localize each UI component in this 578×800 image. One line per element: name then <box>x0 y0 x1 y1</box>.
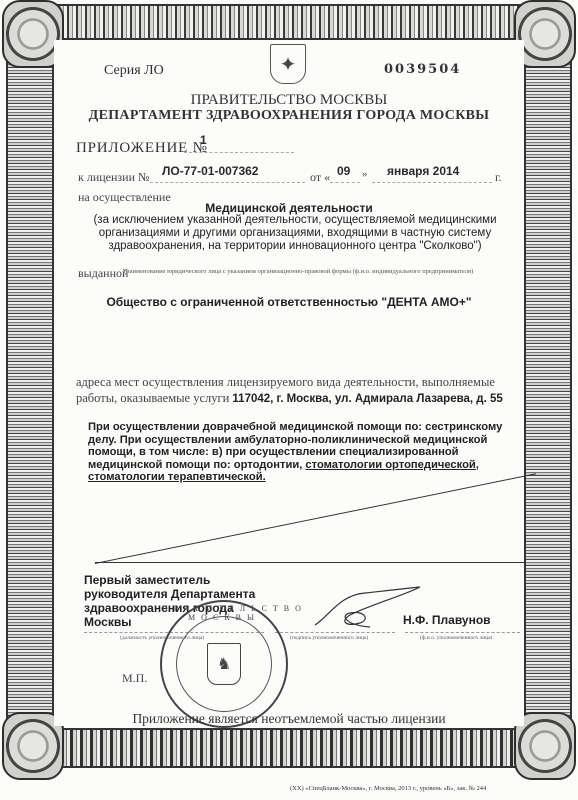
series-label: Серия ЛО <box>104 63 164 79</box>
license-day: 09 <box>337 164 350 178</box>
name-line-rule <box>405 632 520 633</box>
license-label: к лицензии № <box>78 170 149 185</box>
printer-imprint: (XX) «СпецБланк-Москва», г. Москва, 2013… <box>290 785 486 792</box>
signature-hint: (подпись уполномоченного лица) <box>290 635 368 641</box>
position-line: руководителя Департамента <box>84 587 255 601</box>
license-month-year: января 2014 <box>387 164 459 178</box>
government-title: ПРАВИТЕЛЬСТВО МОСКВЫ <box>0 92 578 109</box>
moscow-coat-of-arms-icon: ♞ <box>207 643 241 685</box>
activity-title: Медицинской деятельности <box>0 201 578 215</box>
form-number: 0039504 <box>384 62 461 77</box>
footer-note: Приложение является неотъемлемой частью … <box>0 711 578 727</box>
ornamental-border-bottom <box>40 728 538 768</box>
organization-name: Общество с ограниченной ответственностью… <box>0 295 578 309</box>
appendix-label: ПРИЛОЖЕНИЕ № <box>76 140 208 157</box>
services-block: При осуществлении доврачебной медицинско… <box>88 421 528 484</box>
issued-label: выданной <box>78 266 128 281</box>
year-suffix: г. <box>495 170 502 185</box>
ornamental-border-left <box>6 40 54 740</box>
seal-place-label: М.П. <box>122 671 147 686</box>
license-number-line <box>150 182 305 183</box>
coat-of-arms-icon: ✦ <box>270 44 306 84</box>
stamp-text: ПРАВИТЕЛЬСТВО МОСКВЫ <box>162 604 286 622</box>
activity-exclusion: (за исключением указанной деятельности, … <box>70 214 520 253</box>
signatory-name: Н.Ф. Плавунов <box>403 613 491 627</box>
ornamental-border-right <box>524 40 572 740</box>
department-title: ДЕПАРТАМЕНТ ЗДРАВООХРАНЕНИЯ ГОРОДА МОСКВ… <box>0 108 578 124</box>
quote-close: » <box>362 168 368 180</box>
appendix-number-line <box>184 152 294 153</box>
address-value: 117042, г. Москва, ул. Адмирала Лазарева… <box>232 393 502 405</box>
month-line <box>372 182 492 183</box>
license-number: ЛО-77-01-007362 <box>162 164 258 178</box>
appendix-number: 1 <box>200 133 207 147</box>
from-label: от « <box>310 170 330 185</box>
ornamental-border-top <box>40 4 538 40</box>
name-hint: (ф.и.о. уполномоченного лица) <box>420 635 492 641</box>
blank-cancellation-baseline <box>95 562 525 563</box>
position-line: Первый заместитель <box>84 573 255 587</box>
signature-line-rule <box>275 632 395 633</box>
official-stamp: ПРАВИТЕЛЬСТВО МОСКВЫ ♞ <box>160 600 288 728</box>
address-block: адреса мест осуществления лицензируемого… <box>76 374 526 407</box>
day-line <box>330 182 360 183</box>
issued-hint: (наименование юридического лица с указан… <box>124 268 473 275</box>
